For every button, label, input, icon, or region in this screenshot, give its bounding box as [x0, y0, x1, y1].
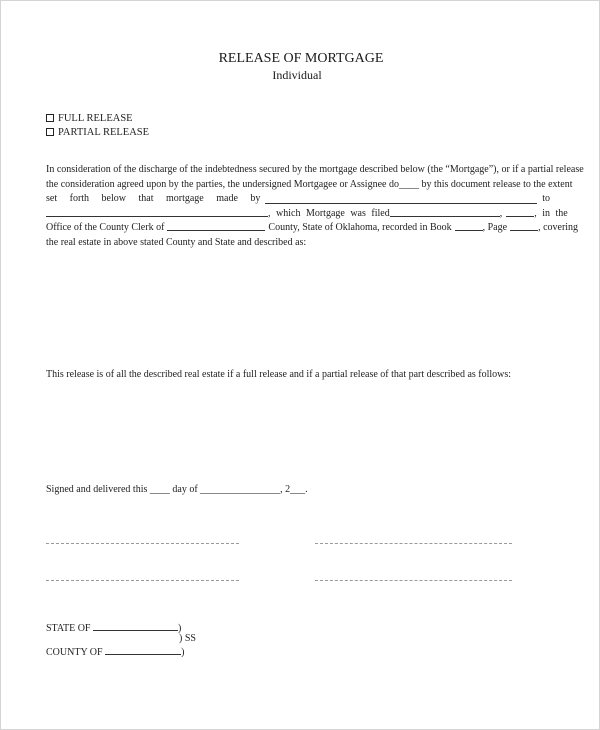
month-blank[interactable]: ________________ [200, 484, 280, 495]
signed-prefix: Signed and delivered this [46, 484, 147, 495]
document-subtitle: Individual [1, 68, 593, 83]
in-the-text: , in the [534, 207, 568, 222]
signature-line-3[interactable] [46, 580, 239, 581]
day-of-text: day of [172, 484, 197, 495]
release-statement: This release is of all the described rea… [46, 369, 511, 380]
signature-line-1[interactable] [46, 543, 239, 544]
county-close-paren: ) [181, 647, 184, 658]
signature-line-4[interactable] [315, 580, 512, 581]
checkbox-full-release[interactable] [46, 114, 54, 122]
option-full-release[interactable]: FULL RELEASE [46, 113, 133, 124]
signed-suffix: . [305, 484, 308, 495]
state-of-label: STATE OF [46, 623, 90, 634]
county-of-blank[interactable] [105, 645, 181, 655]
day-blank[interactable]: ____ [150, 484, 170, 495]
to-text: to [542, 192, 550, 207]
page-number-blank[interactable] [510, 221, 538, 231]
county-of-line: COUNTY OF ) [46, 645, 184, 658]
year-prefix: , 2 [280, 484, 290, 495]
document-page: RELEASE OF MORTGAGE Individual FULL RELE… [0, 0, 600, 730]
consideration-paragraph: In consideration of the discharge of the… [46, 163, 550, 251]
which-mortgage-text: , which Mortgage was filed [268, 207, 390, 222]
year-blank[interactable]: ___ [290, 484, 305, 495]
made-by-text: set forth below that mortgage made by [46, 192, 260, 207]
mortgagee-name-blank[interactable] [46, 207, 268, 217]
covering-text: , covering [538, 221, 578, 236]
option-partial-release-label: PARTIAL RELEASE [58, 127, 149, 138]
paragraph-line-1: In consideration of the discharge of the… [46, 163, 550, 178]
mortgagor-name-blank[interactable] [265, 194, 537, 204]
paragraph-line-4: , which Mortgage was filed , , in the [46, 207, 550, 222]
paragraph-line-2: the consideration agreed upon by the par… [46, 178, 550, 193]
state-of-blank[interactable] [93, 621, 178, 631]
county-clerk-text: Office of the County Clerk of [46, 221, 164, 236]
state-oklahoma-text: County, State of Oklahoma, recorded in B… [268, 221, 451, 236]
paragraph-line-3: set forth below that mortgage made by to [46, 192, 550, 207]
option-full-release-label: FULL RELEASE [58, 113, 133, 124]
signature-line-2[interactable] [315, 543, 512, 544]
paragraph-line-6: the real estate in above stated County a… [46, 236, 550, 251]
signed-delivered-line: Signed and delivered this ____ day of __… [46, 484, 308, 495]
document-title: RELEASE OF MORTGAGE [1, 51, 600, 67]
page-text: , Page [483, 221, 507, 236]
state-of-line: STATE OF ) [46, 621, 181, 634]
paragraph-line-5: Office of the County Clerk of County, St… [46, 221, 550, 236]
checkbox-partial-release[interactable] [46, 128, 54, 136]
book-blank[interactable] [455, 221, 483, 231]
option-partial-release[interactable]: PARTIAL RELEASE [46, 127, 149, 138]
county-clerk-blank[interactable] [167, 221, 265, 231]
ss-label: ) SS [179, 633, 196, 644]
filed-date-blank[interactable] [390, 207, 500, 217]
filed-year-blank[interactable] [506, 207, 534, 217]
county-of-label: COUNTY OF [46, 647, 103, 658]
